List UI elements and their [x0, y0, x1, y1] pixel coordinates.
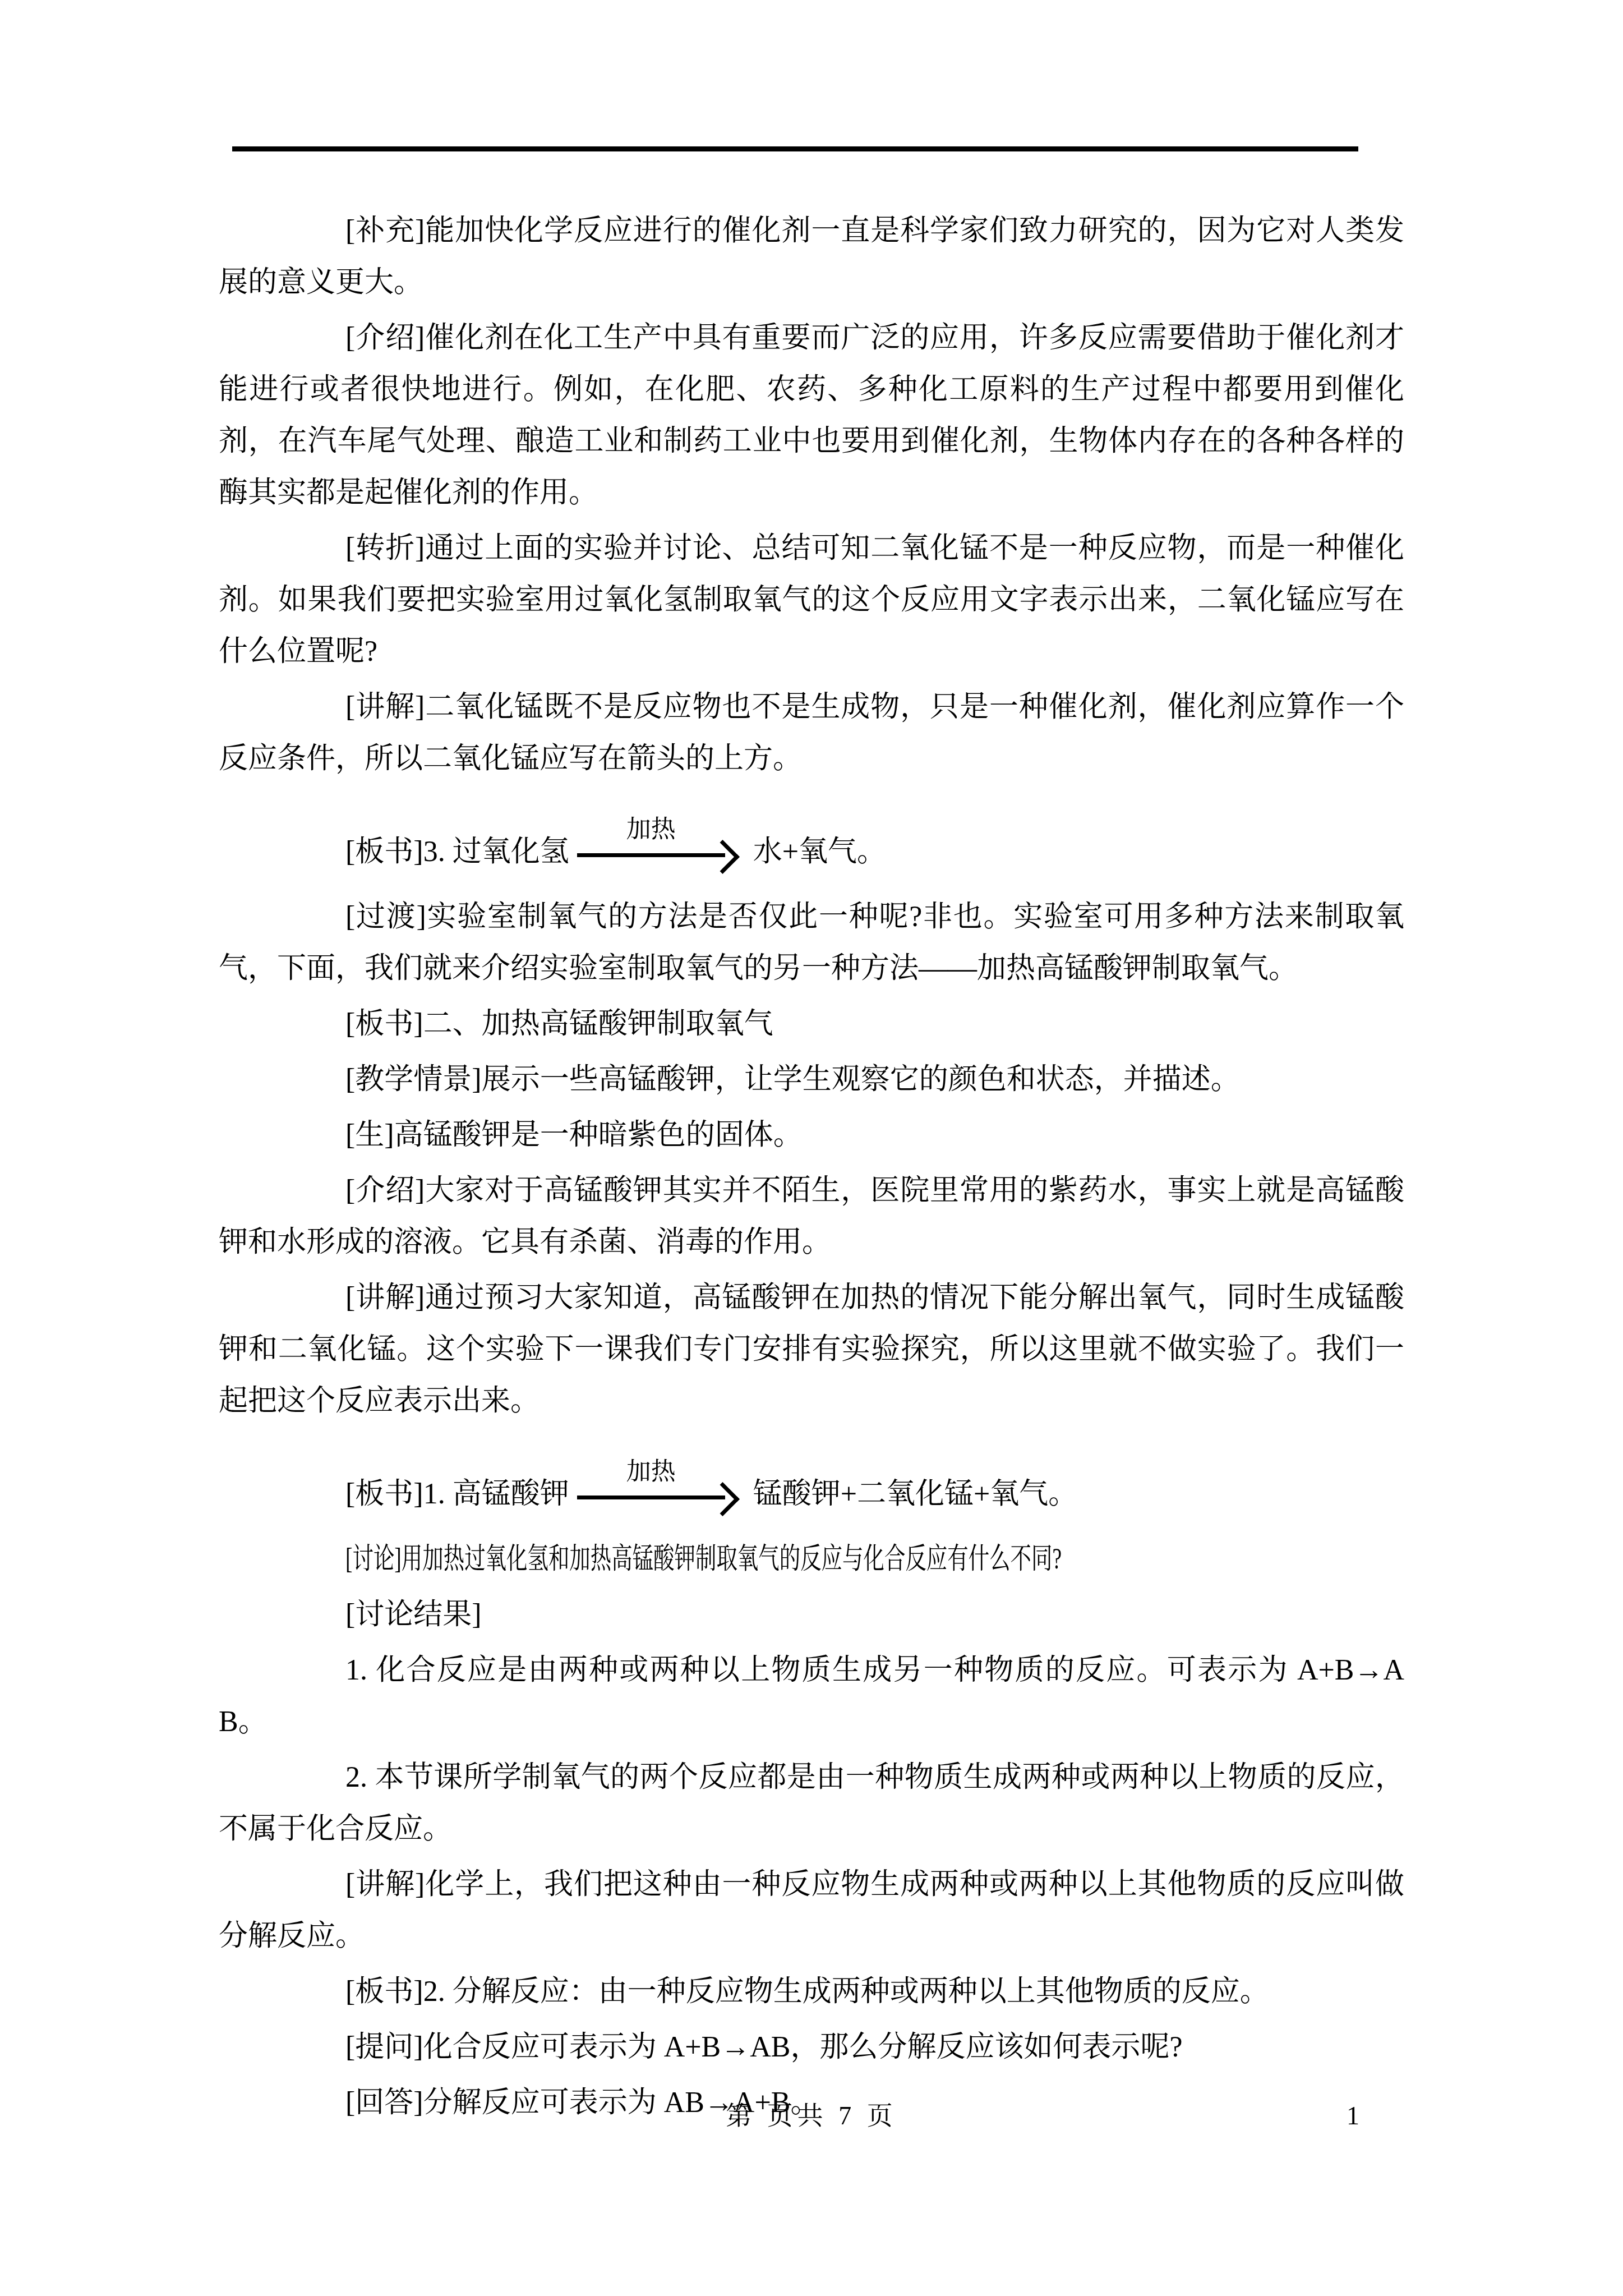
paragraph-guodu: [过渡]实验室制氧气的方法是否仅此一种呢?非也。实验室可用多种方法来制取氧气，下… — [219, 891, 1404, 995]
paragraph-banshu-1-equation: [板书]1. 高锰酸钾加热锰酸钾+二氧化锰+氧气。 — [219, 1458, 1404, 1525]
reaction-arrow: 加热 — [577, 1458, 745, 1525]
paragraph-result-2: 2. 本节课所学制氧气的两个反应都是由一种物质生成两种或两种以上物质的反应，不属… — [219, 1752, 1404, 1855]
paragraph-banshu-fenjie-def: [板书]2. 分解反应：由一种反应物生成两种或两种以上其他物质的反应。 — [219, 1966, 1404, 2018]
paragraph-banshu-heading-2: [板书]二、加热高锰酸钾制取氧气 — [219, 999, 1404, 1050]
paragraph-banshu-3-equation: [板书]3. 过氧化氢加热水+氧气。 — [219, 816, 1404, 882]
paragraph-jiaoxue-qingjing: [教学情景]展示一些高锰酸钾，让学生观察它的颜色和状态，并描述。 — [219, 1054, 1404, 1106]
equation-products: 锰酸钾+二氧化锰+氧气。 — [753, 1478, 1078, 1510]
paragraph-jieshao-kmno4: [介绍]大家对于高锰酸钾其实并不陌生，医院里常用的紫药水，事实上就是高锰酸钾和水… — [219, 1165, 1404, 1268]
condensed-question-text: [讨论]用加热过氧化氢和加热高锰酸钾制取氧气的反应与化合反应有什么不同? — [345, 1534, 1062, 1585]
arrow-condition-label: 加热 — [626, 817, 676, 842]
right-arrow-shaft-icon — [577, 853, 725, 857]
right-arrow-head-icon — [706, 840, 740, 874]
arrow-condition-label: 加热 — [626, 1460, 676, 1484]
page-footer: 第 页共 7 页 1 — [219, 2099, 1404, 2138]
equation-reactant: [板书]1. 高锰酸钾 — [345, 1478, 569, 1510]
equation-products: 水+氧气。 — [753, 836, 886, 868]
paragraph-zhuanzhe: [转折]通过上面的实验并讨论、总结可知二氧化锰不是一种反应物，而是一种催化剂。如… — [219, 523, 1404, 678]
footer-page-count-label: 第 页共 7 页 — [726, 2099, 897, 2133]
paragraph-result-1: 1. 化合反应是由两种或两种以上物质生成另一种物质的反应。可表示为 A+B→AB… — [219, 1645, 1404, 1748]
paragraph-jiangjie-mno2: [讲解]二氧化锰既不是反应物也不是生成物，只是一种催化剂，催化剂应算作一个反应条… — [219, 682, 1404, 785]
reaction-arrow: 加热 — [577, 816, 745, 882]
document-body: [补充]能加快化学反应进行的催化剂一直是科学家们致力研究的，因为它对人类发展的意… — [219, 197, 1404, 2133]
right-arrow-head-icon — [706, 1482, 740, 1516]
paragraph-tiwen: [提问]化合反应可表示为 A+B→AB，那么分解反应该如何表示呢? — [219, 2022, 1404, 2073]
header-rule — [232, 146, 1358, 151]
paragraph-buchong: [补充]能加快化学反应进行的催化剂一直是科学家们致力研究的，因为它对人类发展的意… — [219, 205, 1404, 309]
footer-page-number: 1 — [1347, 2099, 1359, 2133]
paragraph-jiangjie-fenjie: [讲解]化学上，我们把这种由一种反应物生成两种或两种以上其他物质的反应叫做分解反… — [219, 1859, 1404, 1962]
right-arrow-shaft-icon — [577, 1496, 725, 1499]
document-page: [补充]能加快化学反应进行的催化剂一直是科学家们致力研究的，因为它对人类发展的意… — [0, 0, 1623, 2296]
paragraph-jiangjie-kmno4: [讲解]通过预习大家知道，高锰酸钾在加热的情况下能分解出氧气，同时生成锰酸钾和二… — [219, 1272, 1404, 1427]
paragraph-taolun-jieguo: [讨论结果] — [219, 1589, 1404, 1641]
paragraph-sheng: [生]高锰酸钾是一种暗紫色的固体。 — [219, 1110, 1404, 1161]
equation-reactant: [板书]3. 过氧化氢 — [345, 836, 569, 868]
paragraph-taolun: [讨论]用加热过氧化氢和加热高锰酸钾制取氧气的反应与化合反应有什么不同? — [219, 1534, 1404, 1585]
paragraph-jieshao-catalyst: [介绍]催化剂在化工生产中具有重要而广泛的应用，许多反应需要借助于催化剂才能进行… — [219, 312, 1404, 519]
